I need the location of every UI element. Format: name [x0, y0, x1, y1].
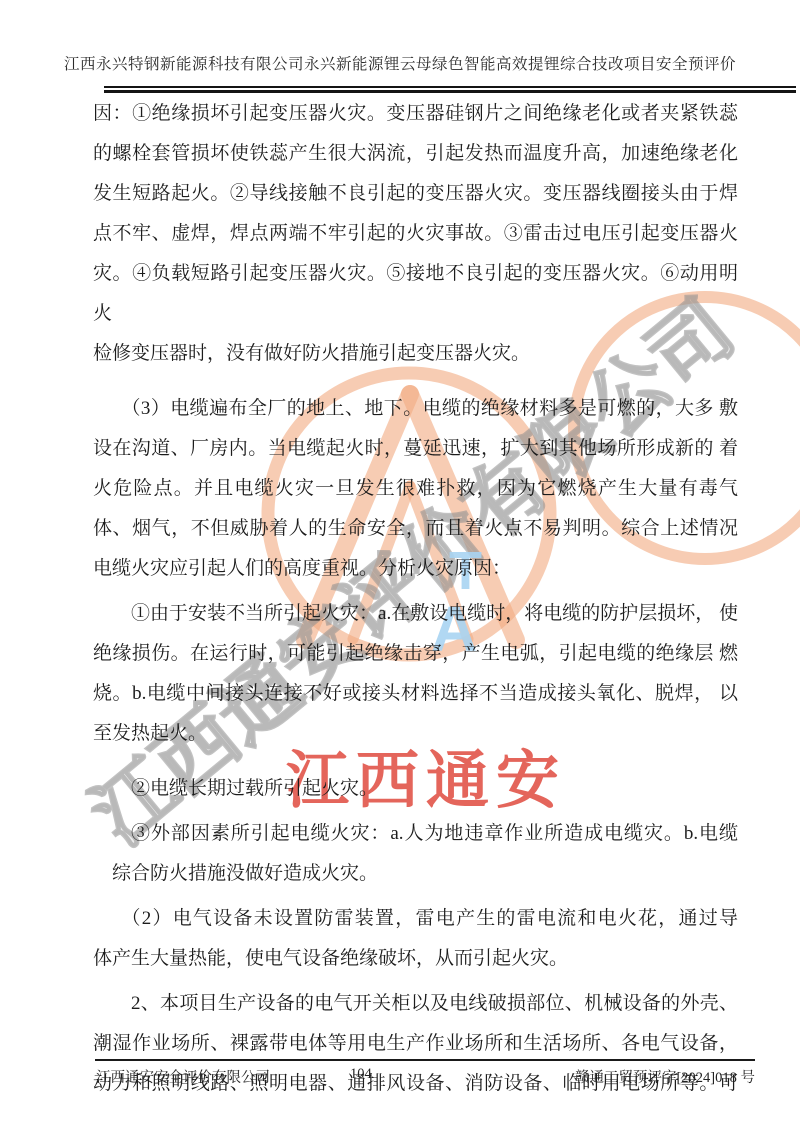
body-line: 电缆火灾应引起人们的高度重视。分析火灾原因：: [93, 549, 738, 589]
body-line: ①由于安装不当所引起火灾：a.在敷设电缆时，将电缆的防护层损坏， 使: [93, 594, 738, 634]
footer-page-number: 104: [350, 1066, 372, 1083]
body-line: 火危险点。并且电缆火灾一旦发生很难扑救，因为它燃烧产生大量有毒气: [93, 469, 738, 509]
body-line: 设在沟道、厂房内。当电缆起火时，蔓延迅速，扩大到其他场所形成新的 着: [93, 429, 738, 469]
page-footer: 江西通安安全评价有限公司 104 赣通工贸预评字[2024]018 号: [95, 1066, 755, 1088]
body-line: ②电缆长期过载所引起火灾。: [93, 769, 738, 809]
body-line: 体产生大量热能，使电气设备绝缘破坏，从而引起火灾。: [93, 939, 738, 979]
footer-doc-number: 赣通工贸预评字[2024]018 号: [575, 1066, 755, 1087]
body-line: 潮湿作业场所、裸露带电体等用电生产作业场所和生活场所、各电气设备，: [93, 1024, 738, 1064]
body-line: ③外部因素所引起电缆火灾：a.人为地违章作业所造成电缆灾。b.电缆: [93, 814, 738, 854]
body-line: 体、烟气，不但威胁着人的生命安全，而且着火点不易判明。综合上述情况: [93, 509, 738, 549]
body-line: 烧。b.电缆中间接头连接不好或接头材料选择不当造成接头氧化、脱焊， 以: [93, 674, 738, 714]
footer-company: 江西通安安全评价有限公司: [96, 1066, 270, 1087]
body-line: 的螺栓套管损坏使铁蕊产生很大涡流，引起发热而温度升高，加速绝缘老化: [93, 134, 738, 174]
body-line: 发生短路起火。②导线接触不良引起的变压器火灾。变压器线圈接头由于焊: [93, 174, 738, 214]
body-line: 综合防火措施没做好造成火灾。: [93, 854, 738, 894]
page-header-title: 江西永兴特钢新能源科技有限公司永兴新能源锂云母绿色智能高效提锂综合技改项目安全预…: [0, 52, 800, 74]
header-double-rule: [104, 86, 796, 93]
body-line: 点不牢、虚焊，焊点两端不牢引起的火灾事故。③雷击过电压引起变压器火: [93, 214, 738, 254]
body-line: （3）电缆遍布全厂的地上、地下。电缆的绝缘材料多是可燃的，大多 敷: [93, 389, 738, 429]
body-line: 灾。④负载短路引起变压器火灾。⑤接地不良引起的变压器火灾。⑥动用明 火: [93, 254, 738, 334]
body-line: （2）电气设备未设置防雷装置，雷电产生的雷电流和电火花，通过导: [93, 899, 738, 939]
body-line: 2、本项目生产设备的电气开关柜以及电线破损部位、机械设备的外壳、: [93, 984, 738, 1024]
footer-rule: [95, 1059, 755, 1061]
body-line: 检修变压器时，没有做好防火措施引起变压器火灾。: [93, 334, 738, 374]
body-line: 因：①绝缘损坏引起变压器火灾。变压器硅钢片之间绝缘老化或者夹紧铁蕊: [93, 94, 738, 134]
body-text: 因：①绝缘损坏引起变压器火灾。变压器硅钢片之间绝缘老化或者夹紧铁蕊的螺栓套管损坏…: [93, 94, 738, 1104]
document-page: 江西永兴特钢新能源科技有限公司永兴新能源锂云母绿色智能高效提锂综合技改项目安全预…: [0, 0, 800, 1131]
body-line: 绝缘损伤。在运行时，可能引起绝缘击穿，产生电弧，引起电缆的绝缘层 燃: [93, 634, 738, 674]
body-line: 至发热起火。: [93, 714, 738, 754]
